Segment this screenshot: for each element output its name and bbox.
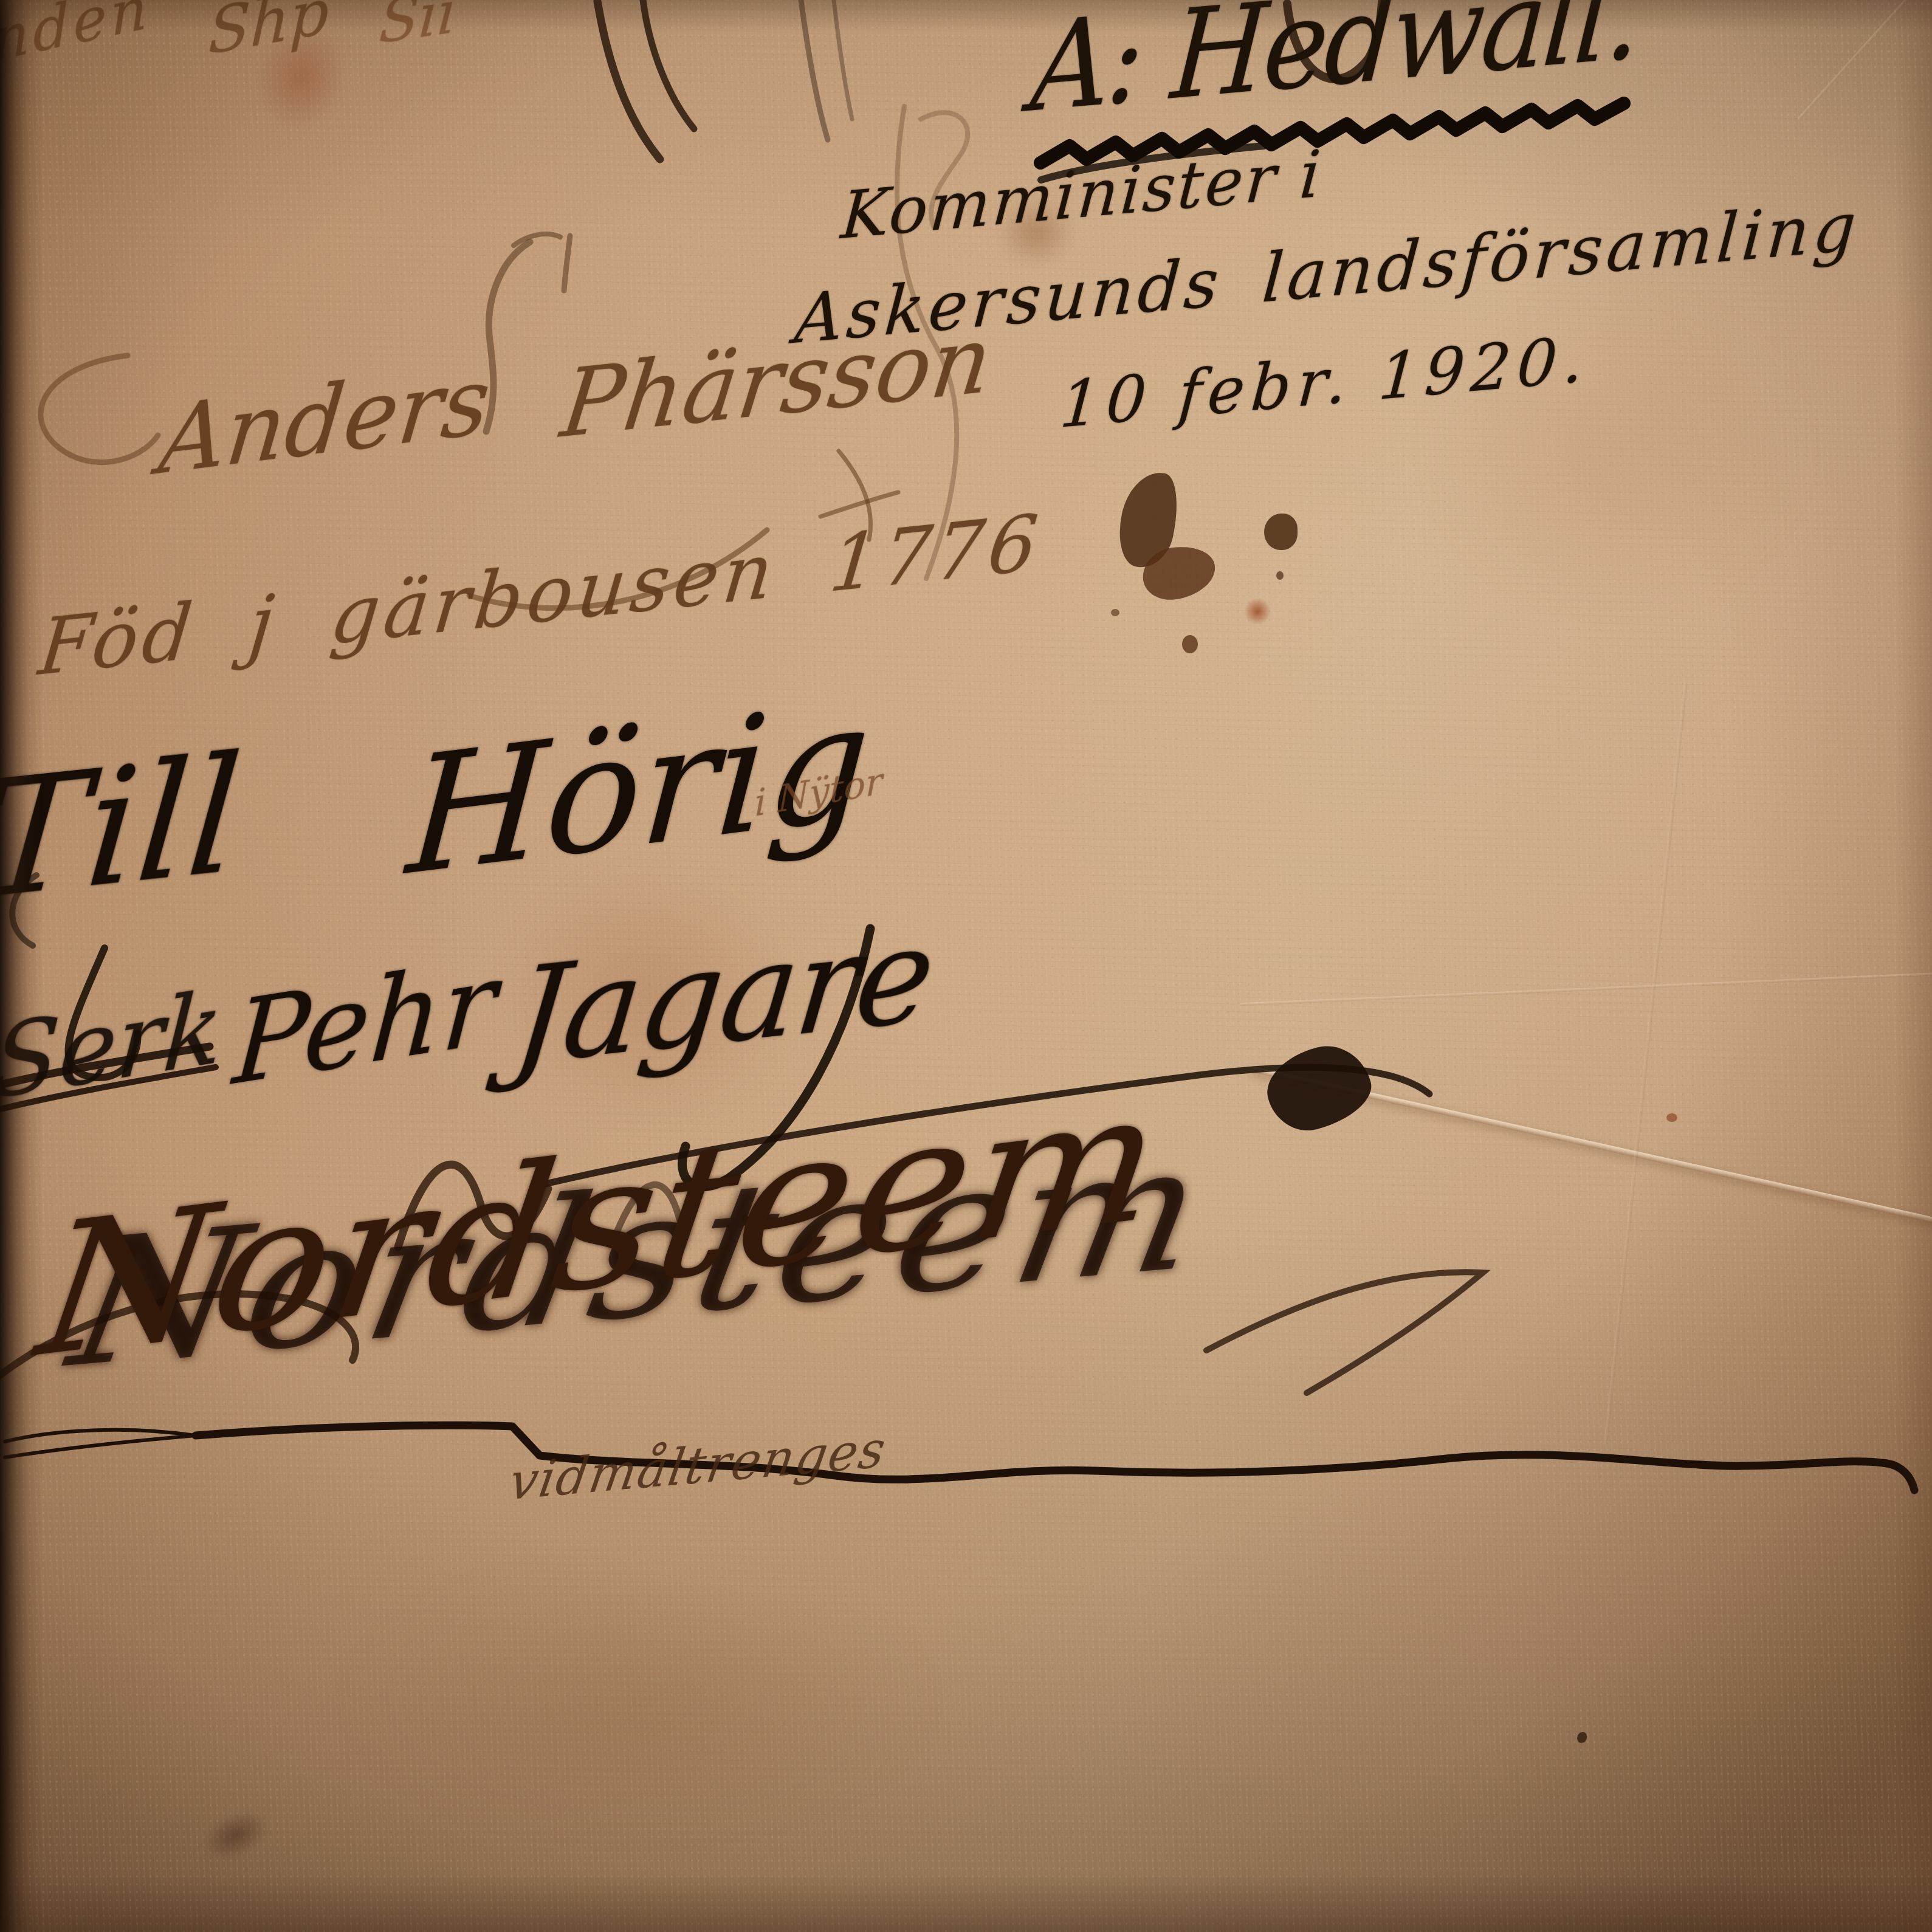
ink-speck xyxy=(1182,635,1198,653)
fly-speck xyxy=(1577,1732,1587,1743)
ink-blot xyxy=(1112,466,1185,572)
owner-first-name: Anders xyxy=(156,354,495,489)
ink-speck xyxy=(1111,609,1119,616)
name-given: Pehr xyxy=(230,944,500,1102)
page-right-edge xyxy=(1896,0,1932,1932)
crease-speck xyxy=(1666,1113,1677,1122)
owner-birth-line: Föd j gärbousen 1776 xyxy=(36,504,1045,687)
ink-blot xyxy=(1140,542,1219,603)
stain-bottom-mottle xyxy=(340,1568,936,1829)
name-surname: Jagare xyxy=(507,908,938,1085)
anders-lead-curl xyxy=(41,356,158,462)
footer-scribble: vidmåltrenges xyxy=(506,1425,890,1508)
hedwall-date-line: 10 febr. 1920. xyxy=(1058,327,1592,437)
owner-surname: Phärsson xyxy=(557,312,997,452)
ink-blot xyxy=(1264,514,1298,550)
ink-speck xyxy=(1276,571,1284,580)
crease-main xyxy=(1251,1066,1932,1231)
crease-upper xyxy=(1240,972,1932,1006)
stain-bottom-smudge xyxy=(195,1801,277,1869)
ink-blot-jagare-end xyxy=(1259,1036,1379,1140)
faded-monogram-flourish xyxy=(486,234,570,431)
page-left-edge xyxy=(0,0,43,1932)
crease-vertical xyxy=(1604,682,1688,1445)
page-bottom-edge xyxy=(0,1874,1932,1932)
ink-starburst xyxy=(1245,599,1270,624)
hedwall-title-line: Komminister i xyxy=(839,142,1325,249)
bottom-flourish-line xyxy=(5,1425,1914,1490)
manuscript-page: nden Shp Sii A: Hedwall. Komminister i A… xyxy=(0,0,1932,1932)
page-top-edge xyxy=(0,0,1932,32)
